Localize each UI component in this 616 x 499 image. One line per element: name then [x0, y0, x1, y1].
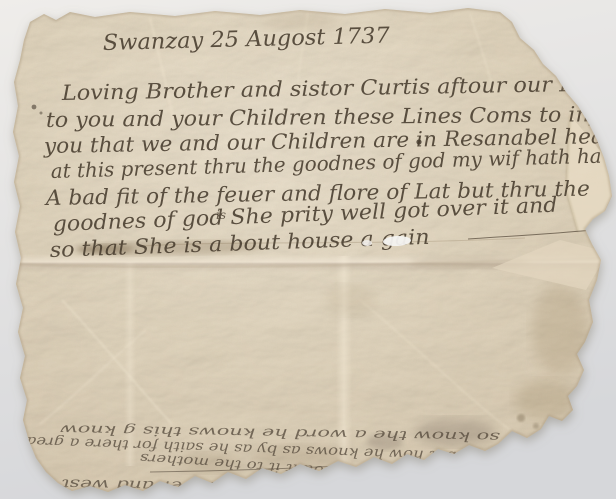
ink-speck	[32, 105, 37, 110]
stain-blotch	[515, 380, 575, 420]
ink-speck	[40, 112, 43, 115]
stain-spot	[517, 414, 525, 422]
paper-surface-detail: Swanzay 25 Augost 1737 Loving Brother an…	[0, 0, 616, 499]
stain-blotch	[325, 285, 375, 315]
letter-photograph: Swanzay 25 Augost 1737 Loving Brother an…	[0, 0, 616, 499]
letter-photo-canvas: Swanzay 25 Augost 1737 Loving Brother an…	[0, 0, 616, 499]
paper-hole	[362, 240, 372, 246]
superscript-insertion: is	[216, 208, 226, 222]
stain-spot	[533, 423, 539, 429]
